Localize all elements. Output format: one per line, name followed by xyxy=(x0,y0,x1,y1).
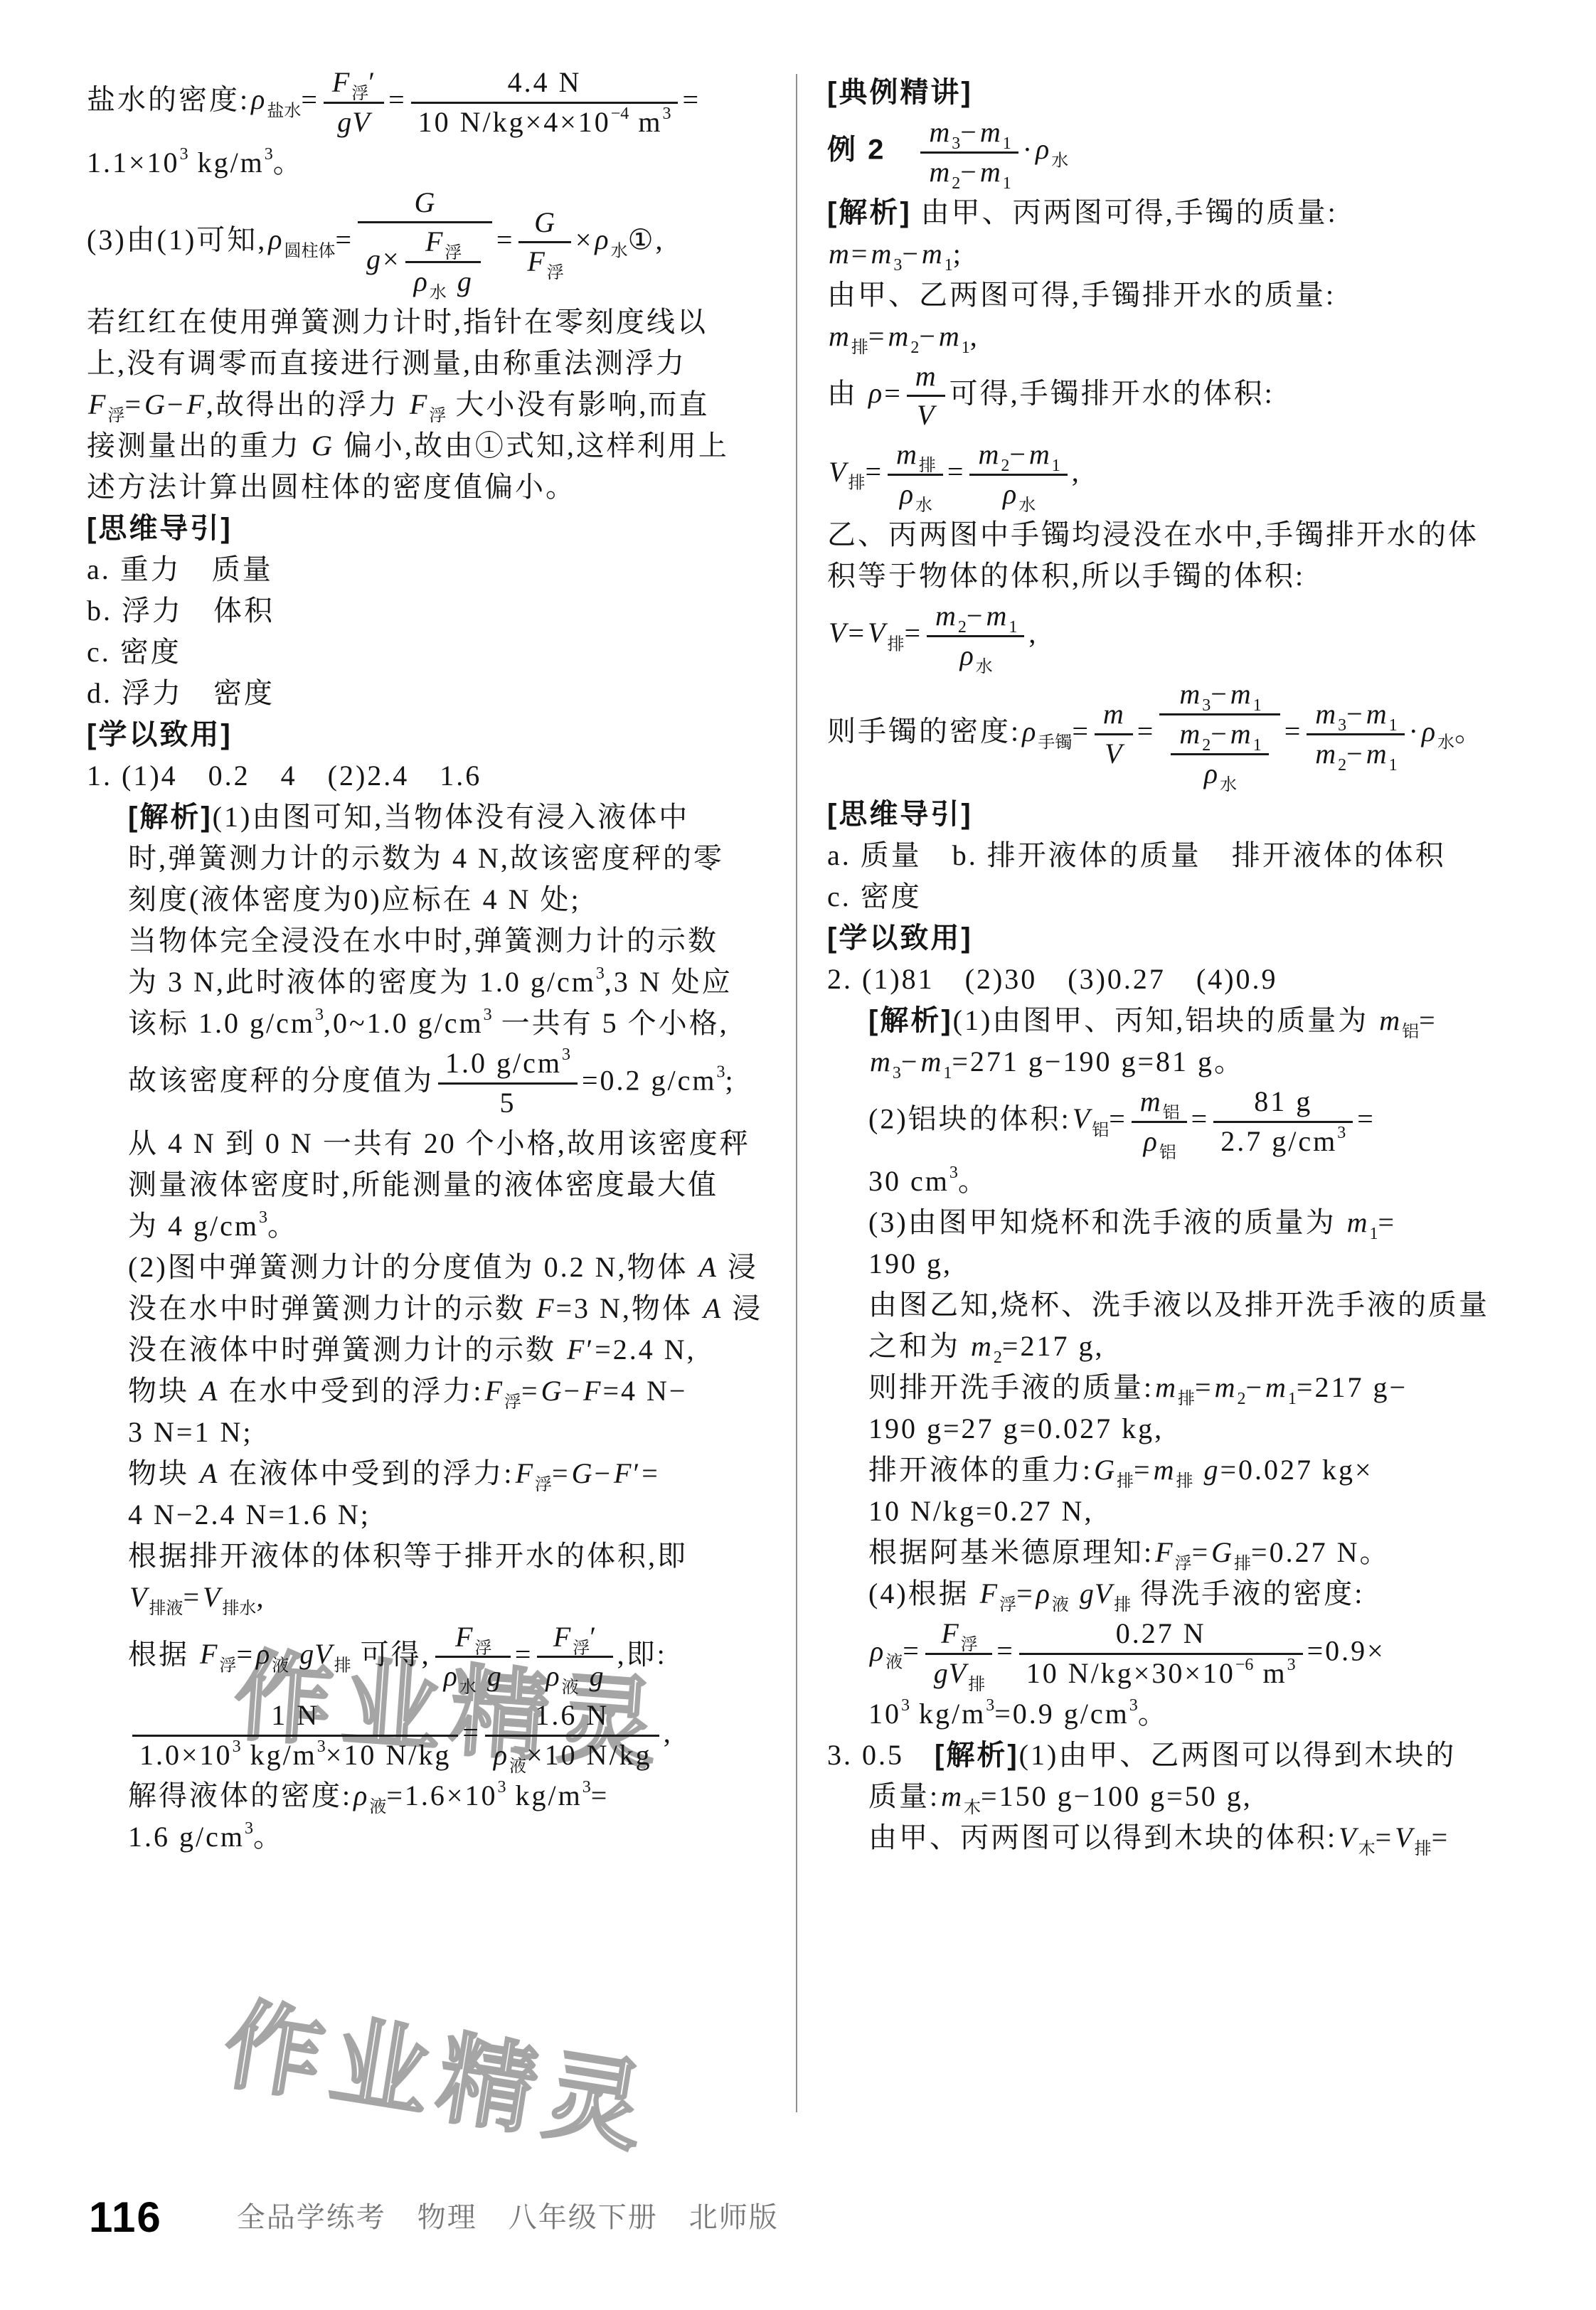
text-line: 则手镯的密度:ρ手镯=mV=m3−m1m2−m1ρ水=m3−m1m2−m1·ρ水… xyxy=(827,678,1521,789)
text-line: 盐水的密度:ρ盐水=F浮′gV=4.4 N10 N/kg×4×10−4 m3= xyxy=(87,67,780,139)
text-line: 述方法计算出圆柱体的密度值偏小。 xyxy=(87,470,780,504)
text-line: (2)图中弹簧测力计的分度值为 0.2 N,物体 A 浸 xyxy=(87,1250,780,1284)
text-line: 根据排开液体的体积等于排开水的体积,即 xyxy=(87,1539,780,1573)
text-line: 上,没有调零而直接进行测量,由称重法测浮力 xyxy=(87,346,780,380)
text-line: c. 密度 xyxy=(827,880,1521,914)
text-line: [学以致用] xyxy=(87,718,780,752)
text-line: 190 g, xyxy=(827,1247,1521,1281)
text-line: 若红红在使用弹簧测力计时,指针在零刻度线以 xyxy=(87,305,780,339)
footer-subject: 物理 xyxy=(417,2196,477,2239)
text-line: 故该密度秤的分度值为1.0 g/cm35=0.2 g/cm3; xyxy=(87,1048,780,1119)
text-line: 根据 F浮=ρ液 gV排 可得,F浮ρ水 g=F浮′ρ液 g,即: xyxy=(87,1622,780,1693)
page-number: 116 xyxy=(89,2196,162,2239)
text-line: 103 kg/m3=0.9 g/cm3。 xyxy=(827,1697,1521,1731)
textbook-page: 作业精灵 作业精灵 盐水的密度:ρ盐水=F浮′gV=4.4 N10 N/kg×4… xyxy=(0,0,1596,2310)
text-line: (4)根据 F浮=ρ液 gV排 得洗手液的密度: xyxy=(827,1577,1521,1611)
text-line: 3 N=1 N; xyxy=(87,1415,780,1449)
text-line: 没在水中时弹簧测力计的示数 F=3 N,物体 A 浸 xyxy=(87,1292,780,1326)
text-line: 190 g=27 g=0.027 kg, xyxy=(827,1412,1521,1446)
text-line: [解析] 由甲、丙两图可得,手镯的质量: xyxy=(827,196,1521,230)
left-column: 盐水的密度:ρ盐水=F浮′gV=4.4 N10 N/kg×4×10−4 m3=1… xyxy=(87,60,780,1861)
watermark: 作业精灵 xyxy=(216,1966,665,2173)
text-line: a. 重力 质量 xyxy=(87,553,780,587)
text-line: 质量:m木=150 g−100 g=50 g, xyxy=(827,1779,1521,1814)
text-line: 时,弹簧测力计的示数为 4 N,故该密度秤的零 xyxy=(87,841,780,875)
page-footer: 116 全品学练考 物理 八年级下册 北师版 xyxy=(89,2196,810,2239)
text-line: [思维导引] xyxy=(827,797,1521,831)
text-line: 1. (1)4 0.2 4 (2)2.4 1.6 xyxy=(87,759,780,793)
text-line: [解析](1)由图甲、丙知,铝块的质量为 m铝= xyxy=(827,1004,1521,1038)
text-line: 1.1×103 kg/m3。 xyxy=(87,146,780,180)
text-line: 当物体完全浸没在水中时,弹簧测力计的示数 xyxy=(87,924,780,958)
text-line: d. 浮力 密度 xyxy=(87,676,780,710)
text-line: V排=m排ρ水=m2−m1ρ水, xyxy=(827,439,1521,511)
text-line: b. 浮力 体积 xyxy=(87,594,780,628)
text-line: F浮=G−F,故得出的浮力 F浮 大小没有影响,而直 xyxy=(87,388,780,422)
text-line: 2. (1)81 (2)30 (3)0.27 (4)0.9 xyxy=(827,962,1521,996)
text-line: 该标 1.0 g/cm3,0~1.0 g/cm3 一共有 5 个小格, xyxy=(87,1006,780,1040)
text-line: 物块 A 在液体中受到的浮力:F浮=G−F′= xyxy=(87,1457,780,1491)
text-line: V排液=V排水, xyxy=(87,1580,780,1614)
text-line: 4 N−2.4 N=1.6 N; xyxy=(87,1498,780,1532)
text-line: 刻度(液体密度为0)应标在 4 N 处; xyxy=(87,883,780,917)
text-line: 3. 0.5 [解析](1)由甲、乙两图可以得到木块的 xyxy=(827,1738,1521,1772)
column-divider xyxy=(796,74,797,2112)
text-line: 1.6 g/cm3。 xyxy=(87,1820,780,1854)
text-line: 没在液体中时弹簧测力计的示数 F′=2.4 N, xyxy=(87,1333,780,1367)
text-line: (3)由(1)可知,ρ圆柱体=Gg×F浮ρ水 g=GF浮×ρ水①, xyxy=(87,187,780,298)
text-line: 之和为 m2=217 g, xyxy=(827,1329,1521,1363)
footer-grade: 八年级下册 xyxy=(509,2196,658,2239)
text-line: 积等于物体的体积,所以手镯的体积: xyxy=(827,559,1521,593)
text-line: 由 ρ=mV可得,手镯排开水的体积: xyxy=(827,361,1521,432)
text-line: 从 4 N 到 0 N 一共有 20 个小格,故用该密度秤 xyxy=(87,1127,780,1161)
text-line: (3)由图甲知烧杯和洗手液的质量为 m1= xyxy=(827,1205,1521,1240)
text-line: 由甲、乙两图可得,手镯排开水的质量: xyxy=(827,278,1521,312)
text-line: 1 N1.0×103 kg/m3×10 N/kg=1.6 Nρ液×10 N/kg… xyxy=(87,1700,780,1772)
text-line: 测量液体密度时,所能测量的液体密度最大值 xyxy=(87,1168,780,1202)
text-line: 例 2 m3−m1m2−m1·ρ水 xyxy=(827,117,1521,188)
text-line: m=m3−m1; xyxy=(827,237,1521,271)
text-line: 乙、丙两图中手镯均浸没在水中,手镯排开水的体 xyxy=(827,518,1521,552)
text-line: [解析](1)由图可知,当物体没有浸入液体中 xyxy=(87,800,780,834)
text-line: m3−m1=271 g−190 g=81 g。 xyxy=(827,1045,1521,1079)
text-line: V=V排=m2−m1ρ水, xyxy=(827,600,1521,672)
text-line: a. 质量 b. 排开液体的质量 排开液体的体积 xyxy=(827,839,1521,873)
text-line: c. 密度 xyxy=(87,635,780,669)
text-line: 则排开洗手液的质量:m排=m2−m1=217 g− xyxy=(827,1370,1521,1405)
text-line: 30 cm3。 xyxy=(827,1164,1521,1198)
footer-book-title: 全品学练考 xyxy=(237,2196,386,2239)
text-line: 为 4 g/cm3。 xyxy=(87,1209,780,1243)
text-line: ρ液=F浮gV排=0.27 N10 N/kg×30×10−6 m3=0.9× xyxy=(827,1618,1521,1690)
text-line: 解得液体的密度:ρ液=1.6×103 kg/m3= xyxy=(87,1779,780,1813)
text-line: [学以致用] xyxy=(827,921,1521,955)
text-line: 为 3 N,此时液体的密度为 1.0 g/cm3,3 N 处应 xyxy=(87,965,780,999)
text-line: m排=m2−m1, xyxy=(827,319,1521,353)
text-line: 10 N/kg=0.27 N, xyxy=(827,1494,1521,1528)
text-line: 接测量出的重力 G 偏小,故由①式知,这样利用上 xyxy=(87,429,780,463)
text-line: 根据阿基米德原理知:F浮=G排=0.27 N。 xyxy=(827,1535,1521,1570)
text-line: (2)铝块的体积:V铝=m铝ρ铝=81 g2.7 g/cm3= xyxy=(827,1086,1521,1158)
text-line: [典例精讲] xyxy=(827,75,1521,110)
right-column: [典例精讲]例 2 m3−m1m2−m1·ρ水[解析] 由甲、丙两图可得,手镯的… xyxy=(827,68,1521,1862)
text-line: 物块 A 在水中受到的浮力:F浮=G−F=4 N− xyxy=(87,1374,780,1408)
text-line: 由图乙知,烧杯、洗手液以及排开洗手液的质量 xyxy=(827,1288,1521,1322)
text-line: [思维导引] xyxy=(87,511,780,545)
text-line: 排开液体的重力:G排=m排 g=0.027 kg× xyxy=(827,1453,1521,1487)
text-line: 由甲、丙两图可以得到木块的体积:V木=V排= xyxy=(827,1821,1521,1855)
footer-edition: 北师版 xyxy=(689,2196,779,2239)
